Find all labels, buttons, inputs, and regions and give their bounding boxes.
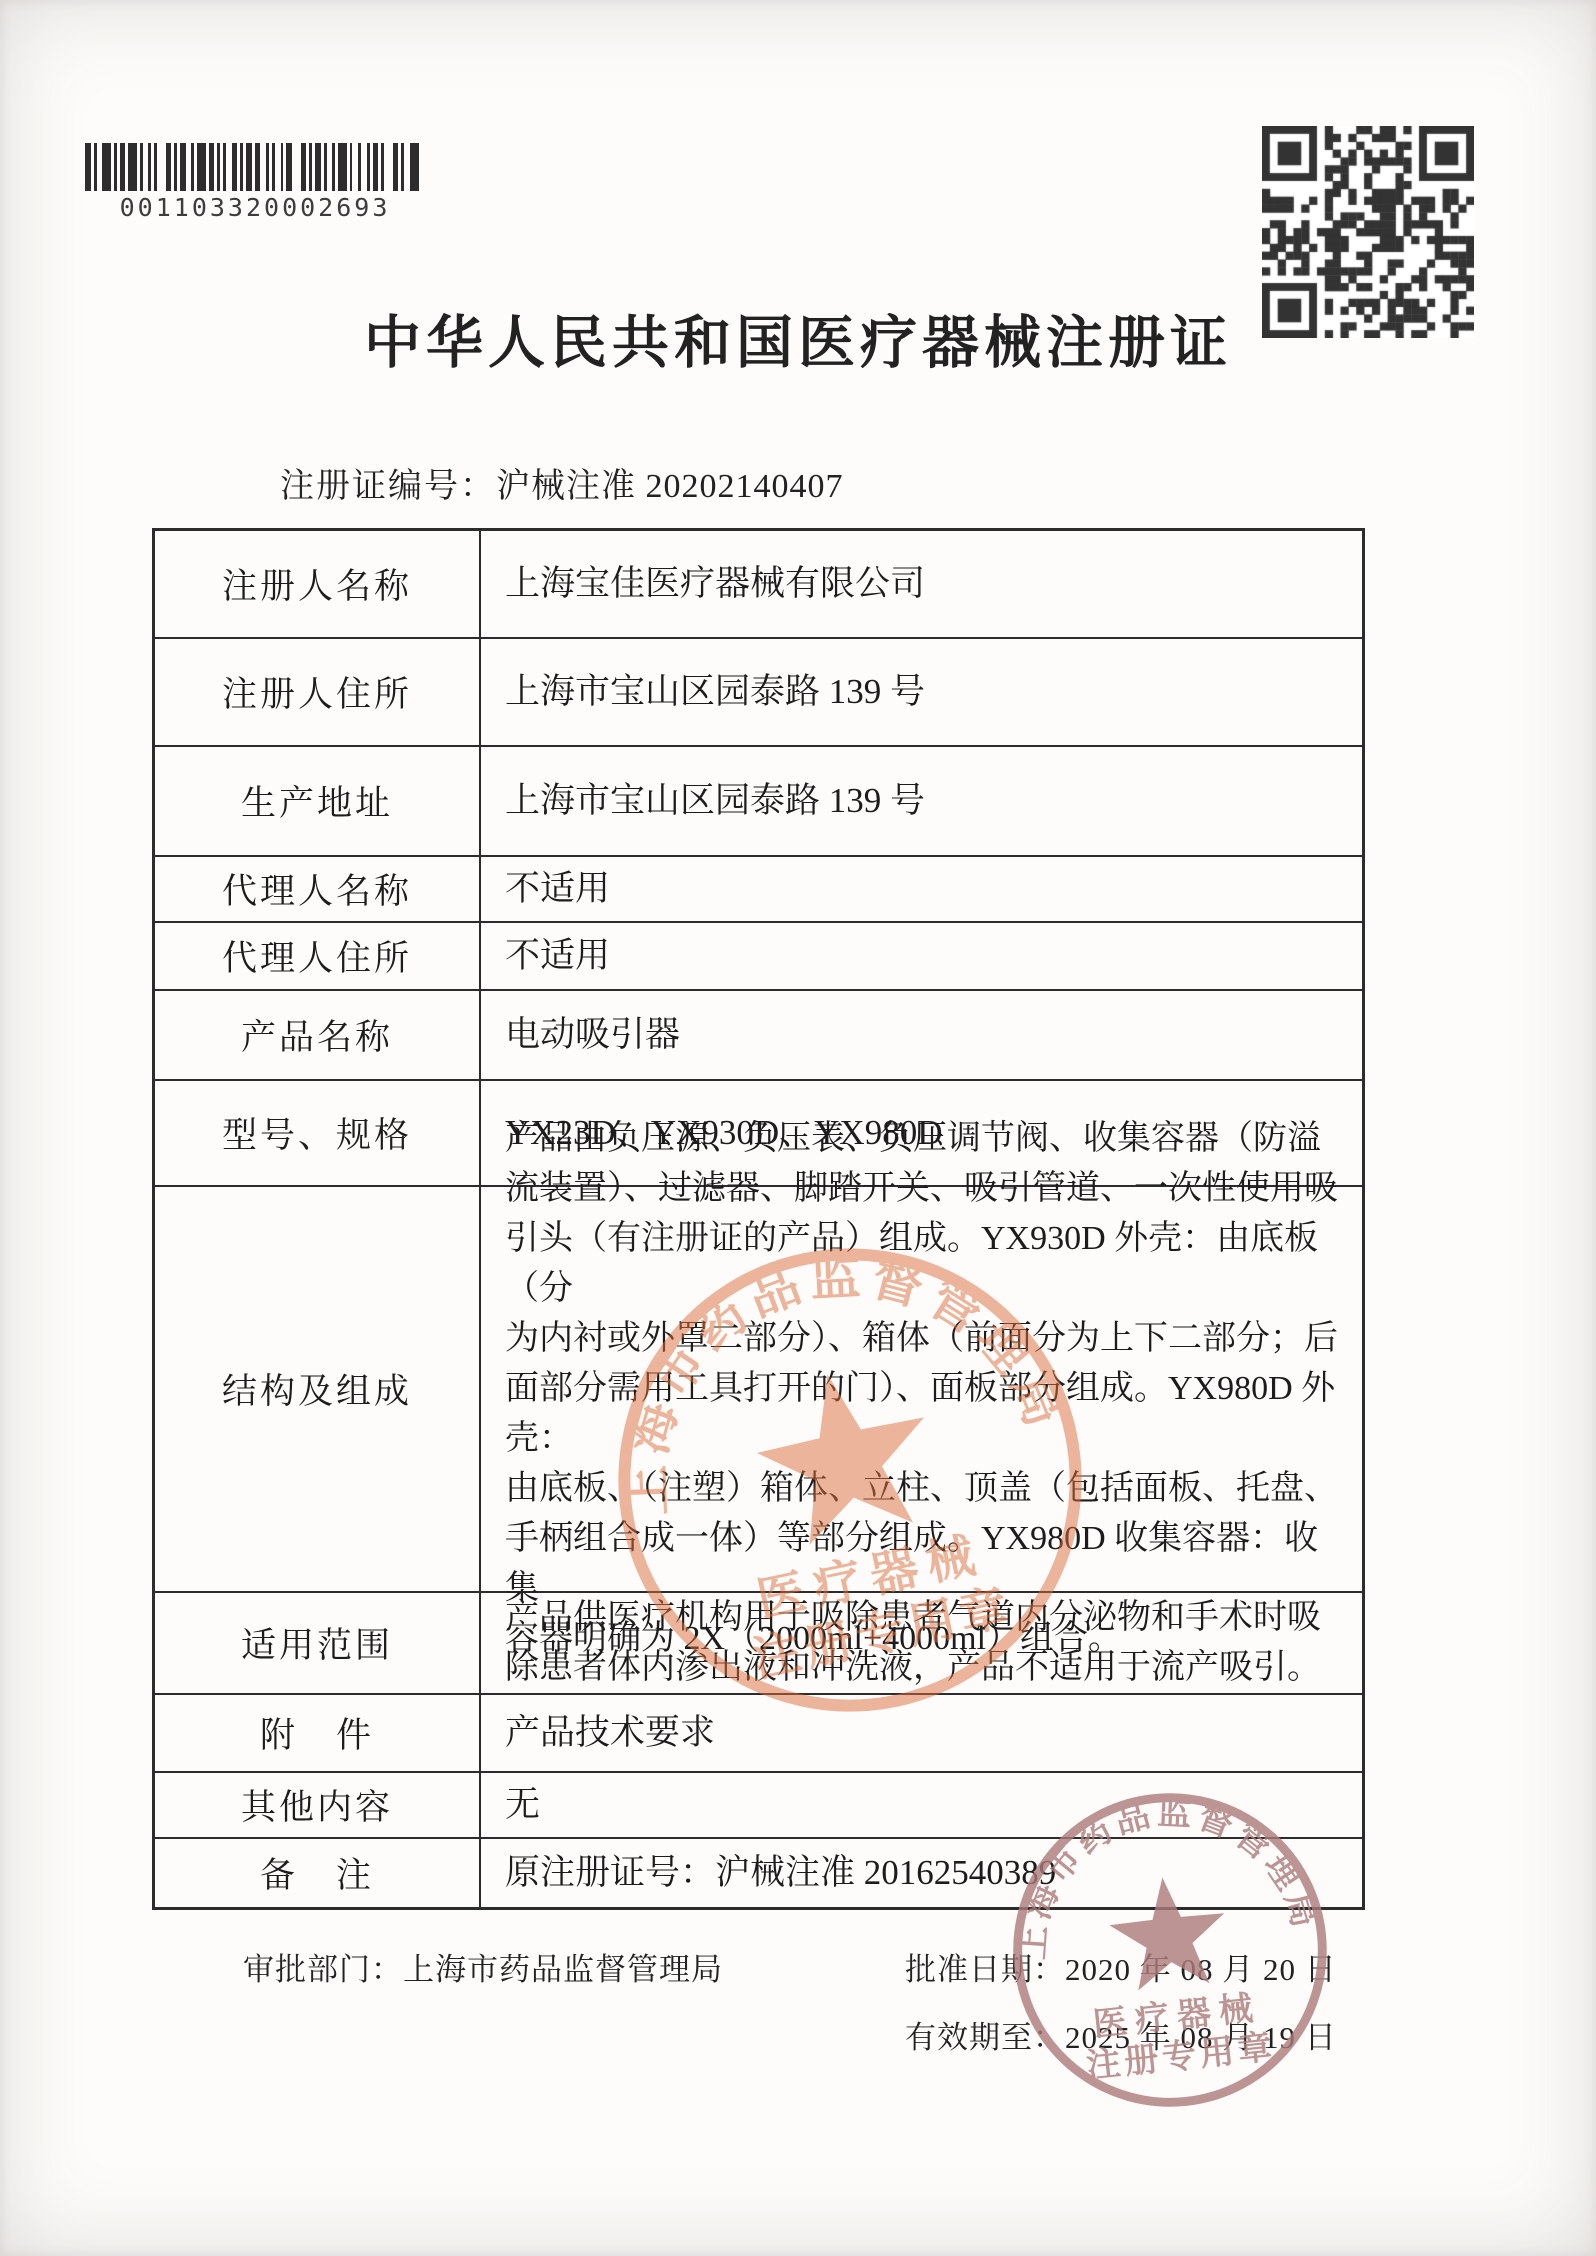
barcode-block: 001103320002693 [85, 143, 425, 222]
row-value: 产品技术要求 [481, 1695, 1362, 1771]
registration-number-line: 注册证编号：沪械注准 20202140407 [280, 458, 844, 507]
registration-number-label: 注册证编号： [280, 468, 496, 505]
row-label: 备 注 [155, 1839, 481, 1907]
row-label: 代理人住所 [155, 923, 481, 989]
approval-department-line: 审批部门：上海市药品监督管理局 [243, 1944, 723, 1989]
table-row: 产品名称 电动吸引器 [155, 989, 1362, 1079]
table-row: 生产地址 上海市宝山区园泰路 139 号 [155, 745, 1362, 855]
row-label: 其他内容 [155, 1773, 481, 1837]
row-value: 不适用 [481, 923, 1362, 989]
table-row: 备 注 原注册证号：沪械注准 20162540389 [155, 1837, 1362, 1907]
row-value: 产品供医疗机构用于吸除患者气道内分泌物和手术时吸 除患者体内渗出液和冲洗液，产品… [481, 1593, 1362, 1693]
row-value: 上海市宝山区园泰路 139 号 [481, 747, 1362, 855]
row-value: 原注册证号：沪械注准 20162540389 [481, 1839, 1362, 1907]
table-row-structure: 结构及组成 产品由负压源、负压表、负压调节阀、收集容器（防溢 流装置）、过滤器、… [155, 1185, 1362, 1591]
row-value: 产品由负压源、负压表、负压调节阀、收集容器（防溢 流装置）、过滤器、脚踏开关、吸… [481, 1187, 1362, 1591]
row-value: 上海宝佳医疗器械有限公司 [481, 531, 1362, 637]
row-value: 上海市宝山区园泰路 139 号 [481, 639, 1362, 745]
valid-until-line: 有效期至：2025 年 08 月 19 日 [905, 2012, 1337, 2057]
row-label: 生产地址 [155, 747, 481, 855]
row-value: 无 [481, 1773, 1362, 1837]
row-value: 不适用 [481, 857, 1362, 921]
valid-until-value: 2025 年 08 月 19 日 [1065, 2020, 1337, 2055]
barcode-image [85, 143, 425, 191]
row-label: 注册人名称 [155, 531, 481, 637]
row-label: 结构及组成 [155, 1187, 481, 1591]
table-row: 其他内容 无 [155, 1771, 1362, 1837]
registration-number-value: 沪械注准 20202140407 [496, 468, 844, 505]
table-row: 代理人住所 不适用 [155, 921, 1362, 989]
approval-department-label: 审批部门： [243, 1952, 403, 1987]
certificate-table: 注册人名称 上海宝佳医疗器械有限公司 注册人住所 上海市宝山区园泰路 139 号… [152, 528, 1365, 1910]
approval-department-value: 上海市药品监督管理局 [403, 1952, 723, 1987]
approval-date-line: 批准日期：2020 年 08 月 20 日 [905, 1944, 1337, 1989]
row-label: 型号、规格 [155, 1081, 481, 1185]
approval-date-value: 2020 年 08 月 20 日 [1065, 1952, 1337, 1987]
row-label: 代理人名称 [155, 857, 481, 921]
table-row-scope: 适用范围 产品供医疗机构用于吸除患者气道内分泌物和手术时吸 除患者体内渗出液和冲… [155, 1591, 1362, 1693]
page-title: 中华人民共和国医疗器械注册证 [0, 297, 1596, 379]
approval-date-label: 批准日期： [905, 1952, 1065, 1987]
certificate-page: 001103320002693 中华人民共和国医疗器械注册证 注册证编号：沪械注… [0, 0, 1596, 2256]
table-row: 附 件 产品技术要求 [155, 1693, 1362, 1771]
row-label: 适用范围 [155, 1593, 481, 1693]
valid-until-label: 有效期至： [905, 2020, 1065, 2055]
row-label: 注册人住所 [155, 639, 481, 745]
table-row: 注册人名称 上海宝佳医疗器械有限公司 [155, 531, 1362, 637]
row-value: 电动吸引器 [481, 991, 1362, 1079]
row-label: 附 件 [155, 1695, 481, 1771]
table-row: 代理人名称 不适用 [155, 855, 1362, 921]
table-row: 注册人住所 上海市宝山区园泰路 139 号 [155, 637, 1362, 745]
row-label: 产品名称 [155, 991, 481, 1079]
barcode-number: 001103320002693 [85, 193, 425, 222]
